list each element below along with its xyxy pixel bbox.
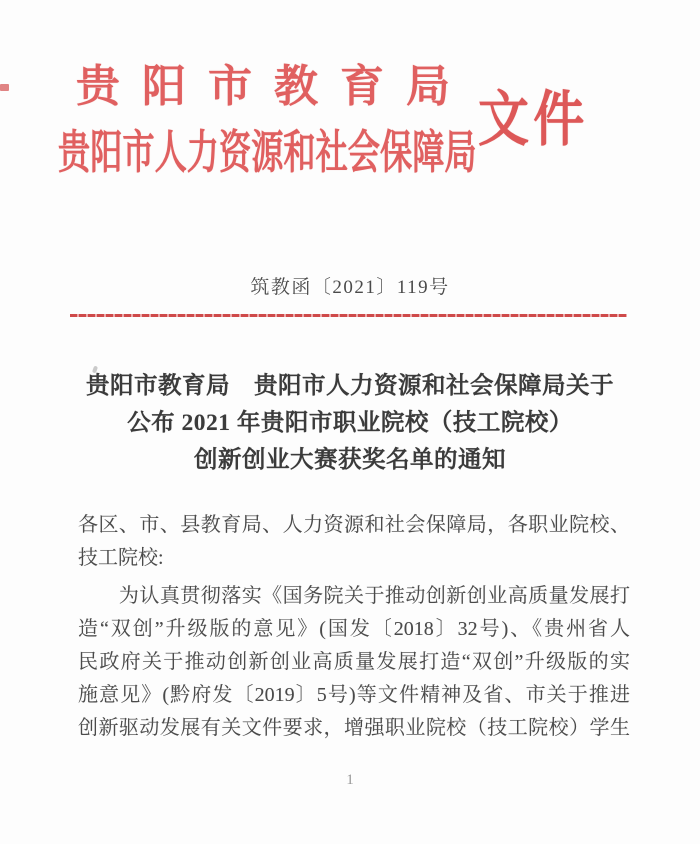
body-line: 创新驱动发展有关文件要求，增强职业院校（技工院校）学生 (78, 712, 630, 745)
document-page: 贵阳市教育局 贵阳市人力资源和社会保障局 文件 筑教函〔2021〕119号 贵阳… (0, 0, 700, 844)
body-line: 民政府关于推动创新创业高质量发展打造“双创”升级版的实 (78, 646, 630, 679)
document-title: 贵阳市教育局 贵阳市人力资源和社会保障局关于 公布 2021 年贵阳市职业院校（… (30, 368, 670, 479)
document-body: 各区、市、县教育局、人力资源和社会保障局，各职业院校、 技工院校: 为认真贯彻落… (78, 509, 630, 745)
body-line: 造“双创”升级版的意见》(国发〔2018〕32号)、《贵州省人 (78, 613, 630, 646)
salutation-line: 各区、市、县教育局、人力资源和社会保障局，各职业院校、 (78, 509, 630, 542)
document-reference-number: 筑教函〔2021〕119号 (0, 272, 700, 299)
issuing-org-primary: 贵阳市教育局 (76, 62, 454, 112)
scan-artifact (0, 84, 9, 91)
letterhead-divider-rule (70, 314, 627, 317)
salutation-line: 技工院校: (78, 542, 630, 575)
title-line: 创新创业大赛获奖名单的通知 (30, 442, 670, 479)
body-line: 施意见》(黔府发〔2019〕5号)等文件精神及省、市关于推进 (78, 679, 630, 712)
body-paragraph: 为认真贯彻落实《国务院关于推动创新创业高质量发展打 造“双创”升级版的意见》(国… (78, 580, 630, 745)
body-line: 为认真贯彻落实《国务院关于推动创新创业高质量发展打 (78, 580, 630, 613)
issuing-org-secondary: 贵阳市人力资源和社会保障局 (58, 128, 477, 178)
title-line: 公布 2021 年贵阳市职业院校（技工院校） (30, 405, 670, 442)
page-number: 1 (0, 772, 700, 789)
title-line: 贵阳市教育局 贵阳市人力资源和社会保障局关于 (30, 368, 670, 405)
document-type-label: 文件 (478, 88, 589, 152)
